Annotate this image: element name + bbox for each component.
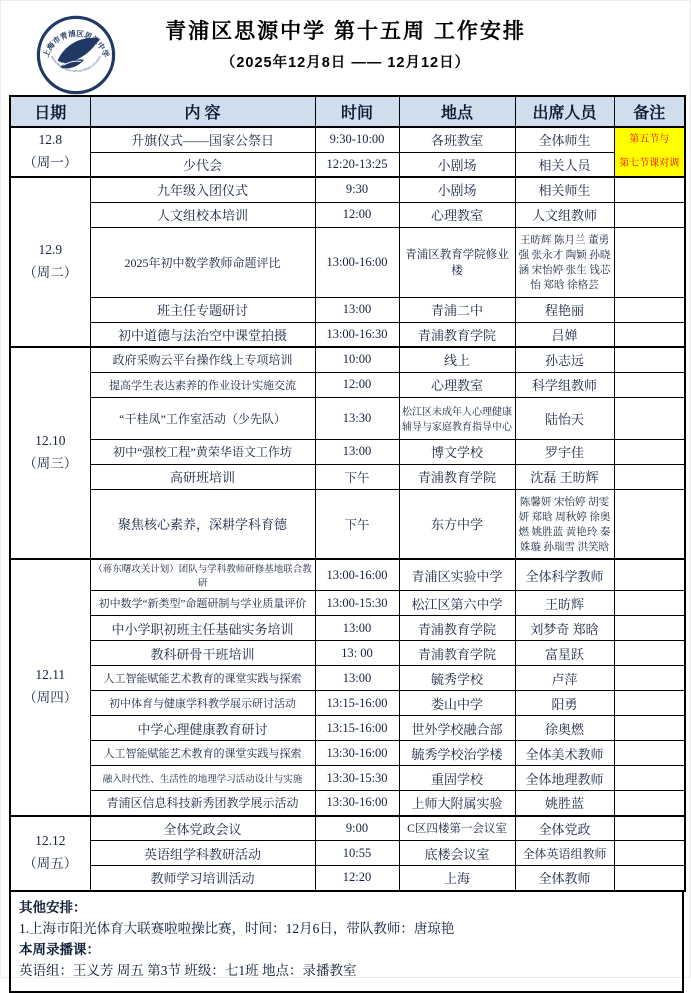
cell-note-empty xyxy=(614,716,685,741)
weekday-value: （周一） xyxy=(13,152,88,175)
cell-time: 13:00-16:30 xyxy=(315,322,399,347)
table-row: 2025年初中数学教师命题评比13:00-16:00青浦区教育学院修业楼王昉辉 … xyxy=(10,227,685,297)
table-row: 中小学职初班主任基础实务培训13:00青浦教育学院刘梦奇 郑晗 xyxy=(10,616,685,641)
date-value: 12.8 xyxy=(13,129,88,152)
cell-location: 青浦教育学院 xyxy=(399,616,515,641)
cell-content: 班主任专题研讨 xyxy=(90,297,315,322)
cell-content: 高研班培训 xyxy=(90,464,315,489)
cell-attendees: 阳勇 xyxy=(515,691,614,716)
cell-location: 青浦教育学院 xyxy=(399,641,515,666)
footer-text: 1.上海市阳光体育大联赛啦啦操比赛，时间：12月6日，带队教师：唐琼艳 xyxy=(19,918,674,939)
cell-content: 聚焦核心素养，深耕学科育德 xyxy=(90,489,315,559)
cell-location: 松江区第六中学 xyxy=(399,591,515,616)
cell-note-empty xyxy=(614,177,685,202)
cell-attendees: 全体党政 xyxy=(515,816,614,841)
cell-content: 九年级入团仪式 xyxy=(90,177,315,202)
cell-content: 提高学生表达素养的作业设计实施交流 xyxy=(90,372,315,397)
table-row: 班主任专题研讨13:00青浦二中程艳丽 xyxy=(10,297,685,322)
cell-attendees: 人文组教师 xyxy=(515,202,614,227)
cell-time: 13:30 xyxy=(315,397,399,439)
cell-location: 毓秀学校治学楼 xyxy=(399,741,515,766)
cell-attendees: 全体科学教师 xyxy=(515,559,614,591)
cell-location: 线上 xyxy=(399,347,515,372)
cell-content: 人工智能赋能艺术教育的课堂实践与探索 xyxy=(90,741,315,766)
cell-content: 少代会 xyxy=(90,152,315,177)
cell-location: 松江区未成年人心理健康辅导与家庭教育指导中心 xyxy=(399,397,515,439)
cell-location: 青浦教育学院 xyxy=(399,322,515,347)
weekday-value: （周二） xyxy=(13,262,88,285)
cell-note-empty xyxy=(614,741,685,766)
cell-note-empty xyxy=(614,202,685,227)
cell-time: 13:15-16:00 xyxy=(315,691,399,716)
cell-note-empty xyxy=(614,791,685,816)
cell-note-empty xyxy=(614,397,685,439)
cell-location: 毓秀学校 xyxy=(399,666,515,691)
table-row: “干桂凤”工作室活动（少先队）13:30松江区未成年人心理健康辅导与家庭教育指导… xyxy=(10,397,685,439)
cell-time: 12:20 xyxy=(315,866,399,891)
cell-location: 世外学校融合部 xyxy=(399,716,515,741)
cell-date: 12.10（周三） xyxy=(10,347,90,559)
cell-location: 底楼会议室 xyxy=(399,841,515,866)
cell-attendees: 王昉辉 xyxy=(515,591,614,616)
cell-location: 博文学校 xyxy=(399,439,515,464)
cell-note-empty xyxy=(614,372,685,397)
weekday-value: （周五） xyxy=(13,853,88,876)
table-row: 教科研骨干班培训13: 00青浦教育学院富星跃 xyxy=(10,641,685,666)
cell-location: 上师大附属实验 xyxy=(399,791,515,816)
table-row: 12.10（周三）政府采购云平台操作线上专项培训10:00线上孙志远 xyxy=(10,347,685,372)
table-row: 初中道德与法治空中课堂拍摄13:00-16:30青浦教育学院吕婵 xyxy=(10,322,685,347)
cell-content: 中学心理健康教育研讨 xyxy=(90,716,315,741)
cell-content: 初中体育与健康学科教学展示研讨活动 xyxy=(90,691,315,716)
cell-location: 心理教室 xyxy=(399,372,515,397)
cell-time: 13:00 xyxy=(315,297,399,322)
cell-attendees: 全体美术教师 xyxy=(515,741,614,766)
cell-time: 13:30-16:00 xyxy=(315,791,399,816)
cell-location: 青浦区实验中学 xyxy=(399,559,515,591)
cell-time: 13:15-16:00 xyxy=(315,716,399,741)
cell-attendees: 富星跃 xyxy=(515,641,614,666)
cell-location: 青浦教育学院 xyxy=(399,464,515,489)
cell-time: 13: 00 xyxy=(315,641,399,666)
table-row: 初中“强校工程”黄荣华语文工作坊13:00博文学校罗宇佳 xyxy=(10,439,685,464)
cell-time: 13:00 xyxy=(315,666,399,691)
table-row: 初中体育与健康学科教学展示研讨活动13:15-16:00娄山中学阳勇 xyxy=(10,691,685,716)
cell-content: 中小学职初班主任基础实务培训 xyxy=(90,616,315,641)
table-row: 青浦区信息科技新秀团教学展示活动13:30-16:00上师大附属实验姚胜蓝 xyxy=(10,791,685,816)
cell-attendees: 全体英语组教师 xyxy=(515,841,614,866)
cell-time: 下午 xyxy=(315,489,399,559)
cell-attendees: 吕婵 xyxy=(515,322,614,347)
table-row: 提高学生表达素养的作业设计实施交流12:00心理教室科学组教师 xyxy=(10,372,685,397)
cell-note: 第五节与第七节课对调 xyxy=(614,127,685,177)
cell-time: 13:00 xyxy=(315,439,399,464)
cell-content: 融入时代性、生活性的地理学习活动设计与实施 xyxy=(90,766,315,791)
table-body: 12.8（周一）升旗仪式——国家公祭日9:30-10:00各班教室全体师生第五节… xyxy=(10,127,685,891)
column-header-0: 日期 xyxy=(10,96,90,127)
table-row: 初中数学“新类型”命题研制与学业质量评价13:00-15:30松江区第六中学王昉… xyxy=(10,591,685,616)
cell-location: 小剧场 xyxy=(399,177,515,202)
header-row: 日期内 容时间地点出席人员备注 xyxy=(10,96,685,127)
column-header-2: 时间 xyxy=(315,96,399,127)
cell-time: 12:00 xyxy=(315,202,399,227)
cell-content: 英语组学科教研活动 xyxy=(90,841,315,866)
table-row: 聚焦核心素养，深耕学科育德下午东方中学陈馨妍 宋怡婷 胡雯妍 郑晗 周秋婷 徐奥… xyxy=(10,489,685,559)
cell-note-empty xyxy=(614,347,685,372)
document-page: 上海市青浦区思源中学 SHANGHAI QINGPU SIYUAN MIDDLE… xyxy=(0,0,691,978)
school-logo: 上海市青浦区思源中学 SHANGHAI QINGPU SIYUAN MIDDLE… xyxy=(35,15,117,95)
footer-heading: 本周录播课： xyxy=(19,939,674,960)
cell-attendees: 姚胜蓝 xyxy=(515,791,614,816)
cell-date: 12.12（周五） xyxy=(10,816,90,891)
cell-date: 12.8（周一） xyxy=(10,127,90,177)
table-row: 英语组学科教研活动10:55底楼会议室全体英语组教师 xyxy=(10,841,685,866)
cell-note-empty xyxy=(614,439,685,464)
cell-content: 升旗仪式——国家公祭日 xyxy=(90,127,315,152)
cell-time: 下午 xyxy=(315,464,399,489)
note-line: 第七节课对调 xyxy=(616,152,684,176)
cell-content: 初中道德与法治空中课堂拍摄 xyxy=(90,322,315,347)
cell-note-empty xyxy=(614,489,685,559)
cell-attendees: 徐奥燃 xyxy=(515,716,614,741)
cell-location: 各班教室 xyxy=(399,127,515,152)
table-header: 日期内 容时间地点出席人员备注 xyxy=(10,96,685,127)
cell-note-empty xyxy=(614,297,685,322)
cell-note-empty xyxy=(614,591,685,616)
cell-content: 青浦区信息科技新秀团教学展示活动 xyxy=(90,791,315,816)
cell-note-empty xyxy=(614,766,685,791)
cell-attendees: 陆怡天 xyxy=(515,397,614,439)
cell-attendees: 沈磊 王昉辉 xyxy=(515,464,614,489)
cell-location: C区四楼第一会议室 xyxy=(399,816,515,841)
cell-attendees: 罗宇佳 xyxy=(515,439,614,464)
footer-heading: 其他安排： xyxy=(19,897,674,918)
cell-content: 全体党政会议 xyxy=(90,816,315,841)
cell-note-empty xyxy=(614,464,685,489)
weekday-value: （周三） xyxy=(13,453,88,476)
cell-time: 12:00 xyxy=(315,372,399,397)
cell-content: “干桂凤”工作室活动（少先队） xyxy=(90,397,315,439)
table-row: 人工智能赋能艺术教育的课堂实践与探索13:00毓秀学校卢萍 xyxy=(10,666,685,691)
cell-location: 小剧场 xyxy=(399,152,515,177)
cell-content: 初中数学“新类型”命题研制与学业质量评价 xyxy=(90,591,315,616)
cell-attendees: 全体师生 xyxy=(515,127,614,152)
other-arrangements-block: 其他安排：1.上海市阳光体育大联赛啦啦操比赛，时间：12月6日，带队教师：唐琼艳… xyxy=(9,892,684,993)
cell-time: 12:20-13:25 xyxy=(315,152,399,177)
cell-note-empty xyxy=(614,616,685,641)
date-value: 12.12 xyxy=(13,830,88,853)
cell-time: 13:00-15:30 xyxy=(315,591,399,616)
column-header-5: 备注 xyxy=(614,96,685,127)
footer-text: 英语组：王义芳 周五 第3节 班级：七1班 地点：录播教室 xyxy=(19,960,674,981)
cell-attendees: 陈馨妍 宋怡婷 胡雯妍 郑晗 周秋婷 徐奥燃 姚胜蓝 黄艳玲 秦姝璇 孙瑞雪 洪… xyxy=(515,489,614,559)
cell-attendees: 孙志远 xyxy=(515,347,614,372)
cell-note-empty xyxy=(614,691,685,716)
cell-content: 人文组校本培训 xyxy=(90,202,315,227)
cell-time: 10:00 xyxy=(315,347,399,372)
cell-content: 初中“强校工程”黄荣华语文工作坊 xyxy=(90,439,315,464)
cell-attendees: 卢萍 xyxy=(515,666,614,691)
cell-content: （蒋东曙攻关计划）团队与学科教师研修基地联合教研 xyxy=(90,559,315,591)
table-row: 少代会12:20-13:25小剧场相关人员 xyxy=(10,152,685,177)
date-value: 12.10 xyxy=(13,430,88,453)
table-row: 人工智能赋能艺术教育的课堂实践与探索13:30-16:00毓秀学校治学楼全体美术… xyxy=(10,741,685,766)
cell-date: 12.9（周二） xyxy=(10,177,90,347)
weekly-schedule-table: 日期内 容时间地点出席人员备注 12.8（周一）升旗仪式——国家公祭日9:30-… xyxy=(9,95,686,892)
cell-attendees: 王昉辉 陈月兰 董勇强 张永才 陶颖 孙晓涵 宋怡婷 张生 钱芯怡 郑晗 徐格芸 xyxy=(515,227,614,297)
cell-attendees: 刘梦奇 郑晗 xyxy=(515,616,614,641)
weekday-value: （周四） xyxy=(13,687,88,710)
table-row: 教师学习培训活动12:20上海全体教师 xyxy=(10,866,685,891)
date-value: 12.9 xyxy=(13,239,88,262)
table-row: 人文组校本培训12:00心理教室人文组教师 xyxy=(10,202,685,227)
cell-location: 青浦二中 xyxy=(399,297,515,322)
cell-time: 10:55 xyxy=(315,841,399,866)
cell-time: 13:00 xyxy=(315,616,399,641)
table-row: 高研班培训下午青浦教育学院沈磊 王昉辉 xyxy=(10,464,685,489)
cell-attendees: 科学组教师 xyxy=(515,372,614,397)
cell-time: 13:30-16:00 xyxy=(315,741,399,766)
cell-attendees: 程艳丽 xyxy=(515,297,614,322)
cell-content: 2025年初中数学教师命题评比 xyxy=(90,227,315,297)
cell-time: 13:00-16:00 xyxy=(315,559,399,591)
cell-time: 9:30 xyxy=(315,177,399,202)
cell-note-empty xyxy=(614,322,685,347)
column-header-1: 内 容 xyxy=(90,96,315,127)
cell-content: 人工智能赋能艺术教育的课堂实践与探索 xyxy=(90,666,315,691)
cell-note-empty xyxy=(614,559,685,591)
table-row: 12.12（周五）全体党政会议9:00C区四楼第一会议室全体党政 xyxy=(10,816,685,841)
cell-location: 东方中学 xyxy=(399,489,515,559)
cell-content: 政府采购云平台操作线上专项培训 xyxy=(90,347,315,372)
cell-location: 青浦区教育学院修业楼 xyxy=(399,227,515,297)
cell-note-empty xyxy=(614,866,685,891)
cell-note-empty xyxy=(614,641,685,666)
cell-location: 上海 xyxy=(399,866,515,891)
column-header-3: 地点 xyxy=(399,96,515,127)
table-row: 融入时代性、生活性的地理学习活动设计与实施13:30-15:30重固学校全体地理… xyxy=(10,766,685,791)
cell-time: 9:30-10:00 xyxy=(315,127,399,152)
cell-content: 教科研骨干班培训 xyxy=(90,641,315,666)
cell-attendees: 相关人员 xyxy=(515,152,614,177)
column-header-4: 出席人员 xyxy=(515,96,614,127)
cell-attendees: 全体教师 xyxy=(515,866,614,891)
cell-location: 心理教室 xyxy=(399,202,515,227)
cell-note-empty xyxy=(614,816,685,841)
cell-note-empty xyxy=(614,666,685,691)
cell-date: 12.11（周四） xyxy=(10,559,90,816)
table-row: 12.11（周四）（蒋东曙攻关计划）团队与学科教师研修基地联合教研13:00-1… xyxy=(10,559,685,591)
cell-time: 13:30-15:30 xyxy=(315,766,399,791)
document-header: 上海市青浦区思源中学 SHANGHAI QINGPU SIYUAN MIDDLE… xyxy=(9,15,682,95)
table-row: 12.9（周二）九年级入团仪式9:30小剧场相关师生 xyxy=(10,177,685,202)
date-value: 12.11 xyxy=(13,664,88,687)
cell-note-empty xyxy=(614,841,685,866)
cell-location: 娄山中学 xyxy=(399,691,515,716)
table-row: 中学心理健康教育研讨13:15-16:00世外学校融合部徐奥燃 xyxy=(10,716,685,741)
cell-time: 9:00 xyxy=(315,816,399,841)
cell-attendees: 全体地理教师 xyxy=(515,766,614,791)
note-line: 第五节与 xyxy=(616,128,684,152)
cell-attendees: 相关师生 xyxy=(515,177,614,202)
cell-note-empty xyxy=(614,227,685,297)
cell-time: 13:00-16:00 xyxy=(315,227,399,297)
cell-location: 重固学校 xyxy=(399,766,515,791)
table-row: 12.8（周一）升旗仪式——国家公祭日9:30-10:00各班教室全体师生第五节… xyxy=(10,127,685,152)
cell-content: 教师学习培训活动 xyxy=(90,866,315,891)
